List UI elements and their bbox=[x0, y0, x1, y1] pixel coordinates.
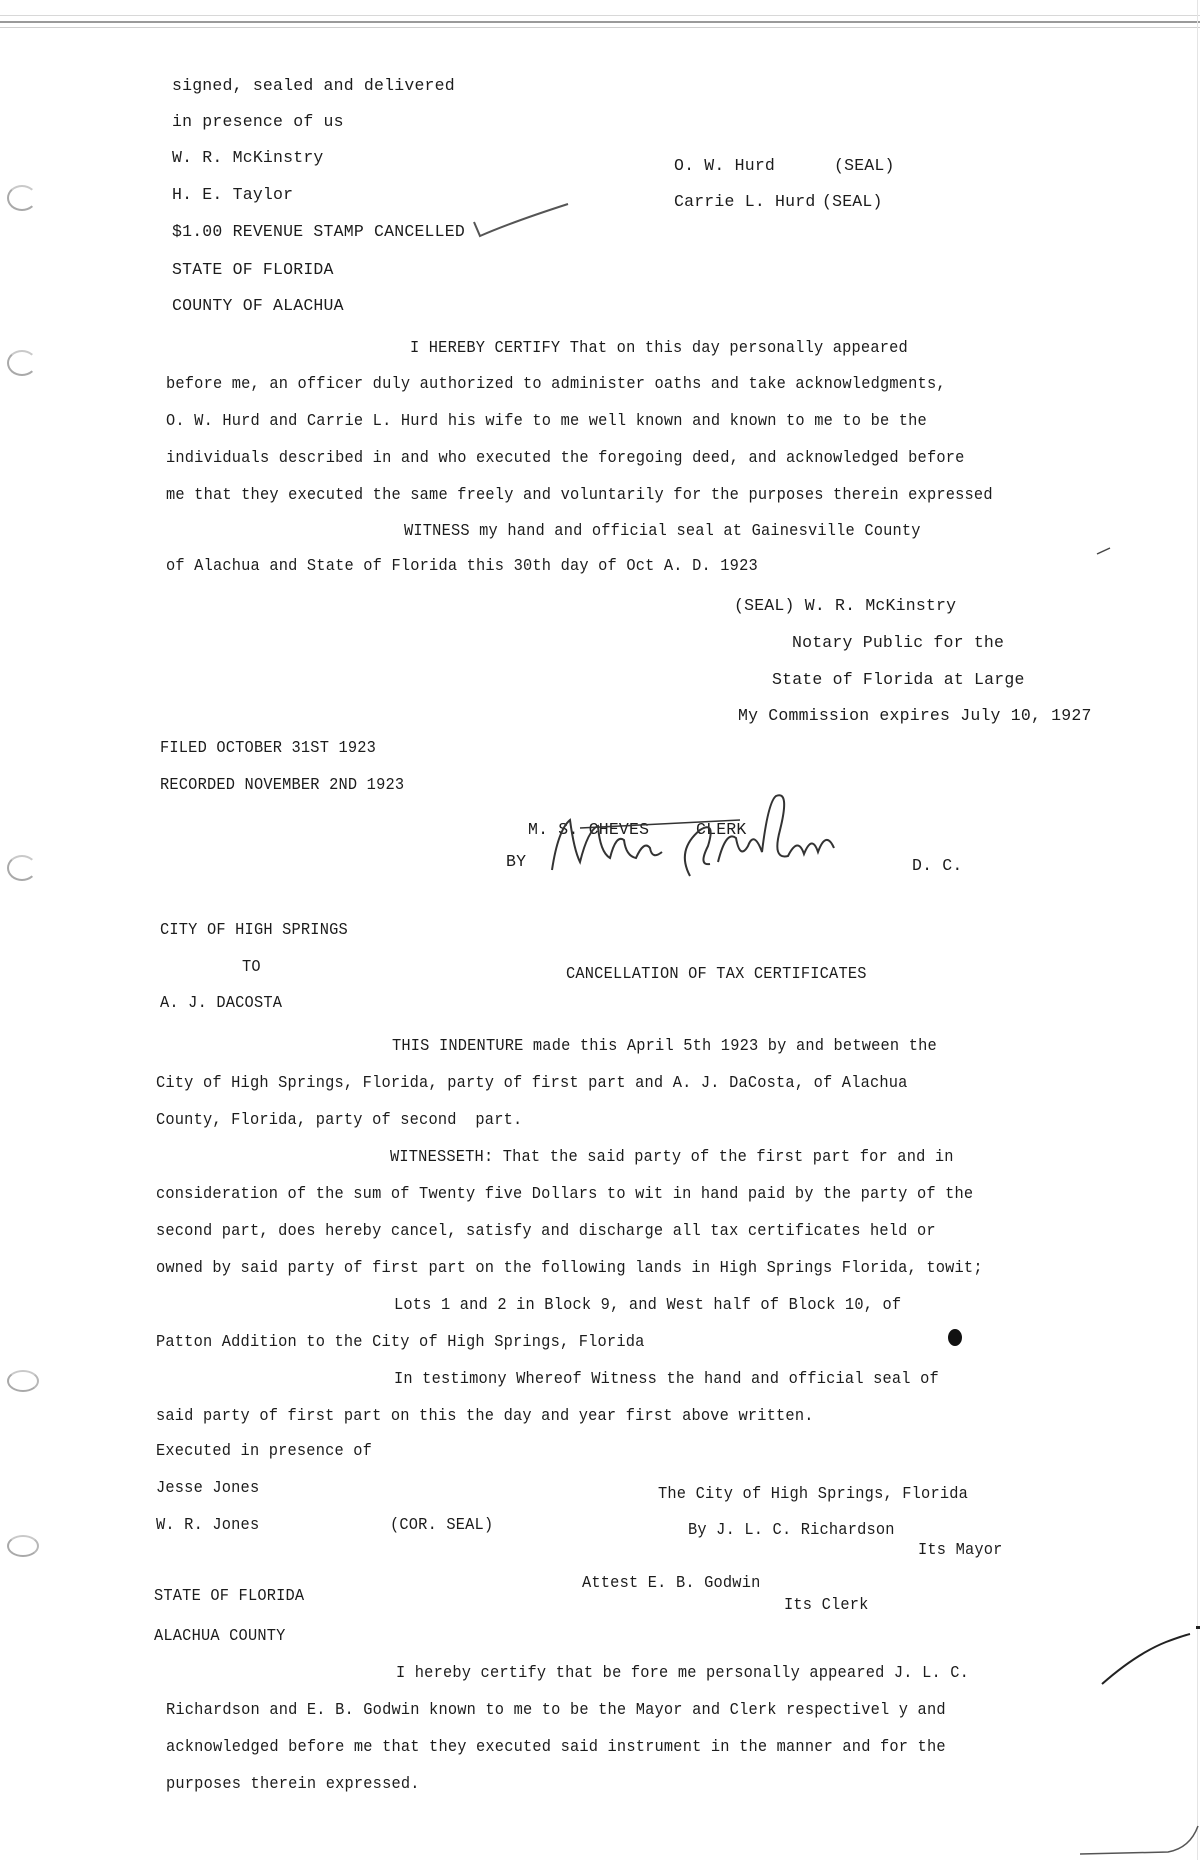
ack-line: before me, an officer duly authorized to… bbox=[166, 374, 946, 394]
ack-line: I hereby certify that be fore me persona… bbox=[396, 1663, 969, 1683]
grantor-city: The City of High Springs, Florida bbox=[658, 1484, 968, 1504]
notary-signature: (SEAL) W. R. McKinstry bbox=[734, 596, 956, 616]
grantor-seal: (SEAL) bbox=[834, 156, 895, 176]
punch-hole-icon bbox=[7, 350, 37, 376]
indenture-line: WITNESSETH: That the said party of the f… bbox=[390, 1147, 954, 1167]
testimony-line: In testimony Whereof Witness the hand an… bbox=[394, 1369, 939, 1389]
revenue-stamp-note: $1.00 REVENUE STAMP CANCELLED bbox=[172, 222, 465, 242]
margin-pen-stroke bbox=[1096, 1626, 1200, 1686]
grantor-name: O. W. Hurd bbox=[674, 156, 775, 176]
ack-line: I HEREBY CERTIFY That on this day person… bbox=[410, 338, 908, 358]
margin-pen-stroke bbox=[1096, 546, 1112, 556]
county-heading: COUNTY OF ALACHUA bbox=[172, 296, 344, 316]
punch-hole-icon bbox=[7, 855, 37, 881]
ack-line: O. W. Hurd and Carrie L. Hurd his wife t… bbox=[166, 411, 927, 431]
party-from: CITY OF HIGH SPRINGS bbox=[160, 920, 348, 940]
county-heading: ALACHUA COUNTY bbox=[154, 1626, 286, 1646]
signature-scrawl bbox=[540, 790, 860, 890]
indenture-line: second part, does hereby cancel, satisfy… bbox=[156, 1221, 936, 1241]
witness-name: W. R. McKinstry bbox=[172, 148, 324, 168]
party-to: A. J. DACOSTA bbox=[160, 993, 282, 1013]
grantor-name: Carrie L. Hurd bbox=[674, 192, 815, 212]
document-title: CANCELLATION OF TAX CERTIFICATES bbox=[566, 964, 867, 984]
punch-hole-icon bbox=[7, 185, 37, 211]
state-heading: STATE OF FLORIDA bbox=[172, 260, 334, 280]
corporate-seal: (COR. SEAL) bbox=[390, 1515, 493, 1535]
witness-name: Jesse Jones bbox=[156, 1478, 259, 1498]
witness-intro-line: signed, sealed and delivered bbox=[172, 76, 455, 96]
mayor-title: Its Mayor bbox=[918, 1540, 1003, 1560]
scan-top-rule bbox=[0, 21, 1200, 23]
to-label: TO bbox=[242, 957, 261, 977]
recorded-date: RECORDED NOVEMBER 2ND 1923 bbox=[160, 775, 404, 795]
scan-right-edge bbox=[1197, 0, 1198, 1860]
indenture-line: owned by said party of first part on the… bbox=[156, 1258, 983, 1278]
by-label: BY bbox=[506, 852, 526, 872]
ink-dot-mark bbox=[948, 1329, 962, 1346]
document-page: signed, sealed and delivered in presence… bbox=[0, 0, 1200, 1860]
clerk-title: Its Clerk bbox=[784, 1595, 869, 1615]
scan-top-rule bbox=[0, 27, 1200, 28]
indenture-line: City of High Springs, Florida, party of … bbox=[156, 1073, 908, 1093]
filed-date: FILED OCTOBER 31ST 1923 bbox=[160, 738, 376, 758]
executed-in-presence: Executed in presence of bbox=[156, 1441, 372, 1461]
notary-title: Notary Public for the bbox=[792, 633, 1004, 653]
checkmark-icon bbox=[472, 200, 572, 240]
punch-hole-icon bbox=[7, 1535, 39, 1557]
land-description: Lots 1 and 2 in Block 9, and West half o… bbox=[394, 1295, 901, 1315]
witness-name: W. R. Jones bbox=[156, 1515, 259, 1535]
indenture-line: THIS INDENTURE made this April 5th 1923 … bbox=[392, 1036, 937, 1056]
ack-line: me that they executed the same freely an… bbox=[166, 485, 993, 505]
scan-top-rule bbox=[0, 15, 1200, 16]
page-corner-curl bbox=[1080, 1790, 1200, 1860]
ack-line: acknowledged before me that they execute… bbox=[166, 1737, 946, 1757]
land-description: Patton Addition to the City of High Spri… bbox=[156, 1332, 645, 1352]
grantor-seal: (SEAL) bbox=[822, 192, 883, 212]
ack-line: purposes therein expressed. bbox=[166, 1774, 420, 1794]
ack-line: Richardson and E. B. Godwin known to me … bbox=[166, 1700, 946, 1720]
notary-jurisdiction: State of Florida at Large bbox=[772, 670, 1025, 690]
state-heading: STATE OF FLORIDA bbox=[154, 1586, 304, 1606]
indenture-line: consideration of the sum of Twenty five … bbox=[156, 1184, 973, 1204]
indenture-line: County, Florida, party of second part. bbox=[156, 1110, 522, 1130]
ack-line: individuals described in and who execute… bbox=[166, 448, 965, 468]
punch-hole-icon bbox=[7, 1370, 39, 1392]
witness-intro-line: in presence of us bbox=[172, 112, 344, 132]
commission-expiry: My Commission expires July 10, 1927 bbox=[738, 706, 1092, 726]
deputy-clerk-label: D. C. bbox=[912, 856, 963, 876]
ack-line: WITNESS my hand and official seal at Gai… bbox=[404, 521, 921, 541]
witness-name: H. E. Taylor bbox=[172, 185, 293, 205]
testimony-line: said party of first part on this the day… bbox=[156, 1406, 814, 1426]
attest-line: Attest E. B. Godwin bbox=[582, 1573, 761, 1593]
ack-line: of Alachua and State of Florida this 30t… bbox=[166, 556, 758, 576]
mayor-signature: By J. L. C. Richardson bbox=[688, 1520, 895, 1540]
